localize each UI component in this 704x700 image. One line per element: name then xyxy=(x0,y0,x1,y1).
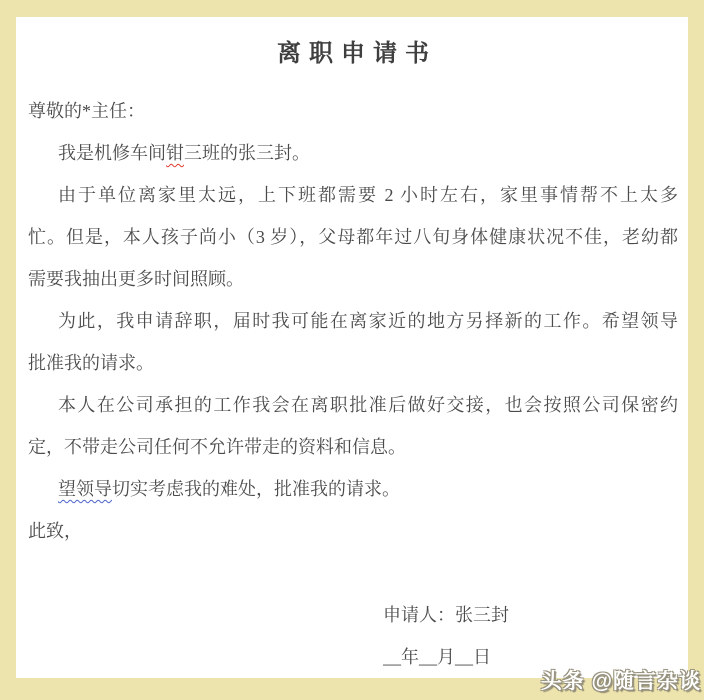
request-line-2: 批准我的请求。 xyxy=(28,342,678,384)
request-line-1: 为此，我申请辞职，届时我可能在离家近的地方另择新的工作。希望领导 xyxy=(28,300,678,342)
document-title: 离职申请书 xyxy=(28,39,678,69)
blank-line xyxy=(28,552,678,594)
letter-body: 尊敬的*主任： 我是机修车间钳三班的张三封。 由于单位离家里太远，上下班都需要 … xyxy=(28,90,678,678)
letter-content: 离职申请书 尊敬的*主任： 我是机修车间钳三班的张三封。 由于单位离家里太远，上… xyxy=(16,17,688,678)
text-segment: 我是机修车间 xyxy=(58,143,166,163)
reason-line-1: 由于单位离家里太远，上下班都需要 2 小时左右，家里事情帮不上太多 xyxy=(28,174,678,216)
appeal-line: 望领导切实考虑我的难处，批准我的请求。 xyxy=(28,468,678,510)
toutiao-watermark: 头条 @随言杂谈 xyxy=(541,665,701,695)
text-segment: 切实考虑我的难处，批准我的请求。 xyxy=(112,479,400,499)
handover-line-2: 定，不带走公司任何不允许带走的资料和信息。 xyxy=(28,426,678,468)
text-segment: 三班的张三封。 xyxy=(184,143,310,163)
salutation-line: 尊敬的*主任： xyxy=(28,90,678,132)
letter-page: 离职申请书 尊敬的*主任： 我是机修车间钳三班的张三封。 由于单位离家里太远，上… xyxy=(16,17,688,678)
grammar-error-segment: 望领导 xyxy=(58,479,112,499)
handover-line-1: 本人在公司承担的工作我会在离职批准后做好交接，也会按照公司保密约 xyxy=(28,384,678,426)
screenshot-root: { "colors": { "frame_background": "#EDE3… xyxy=(0,0,704,700)
reason-line-3: 需要我抽出更多时间照顾。 xyxy=(28,258,678,300)
intro-line: 我是机修车间钳三班的张三封。 xyxy=(28,132,678,174)
signature-line: 申请人：张三封 xyxy=(383,594,678,636)
spell-error-segment: 钳 xyxy=(166,143,184,163)
closing-line: 此致， xyxy=(28,510,678,552)
reason-line-2: 忙。但是，本人孩子尚小（3 岁），父母都年过八旬身体健康状况不佳，老幼都 xyxy=(28,216,678,258)
